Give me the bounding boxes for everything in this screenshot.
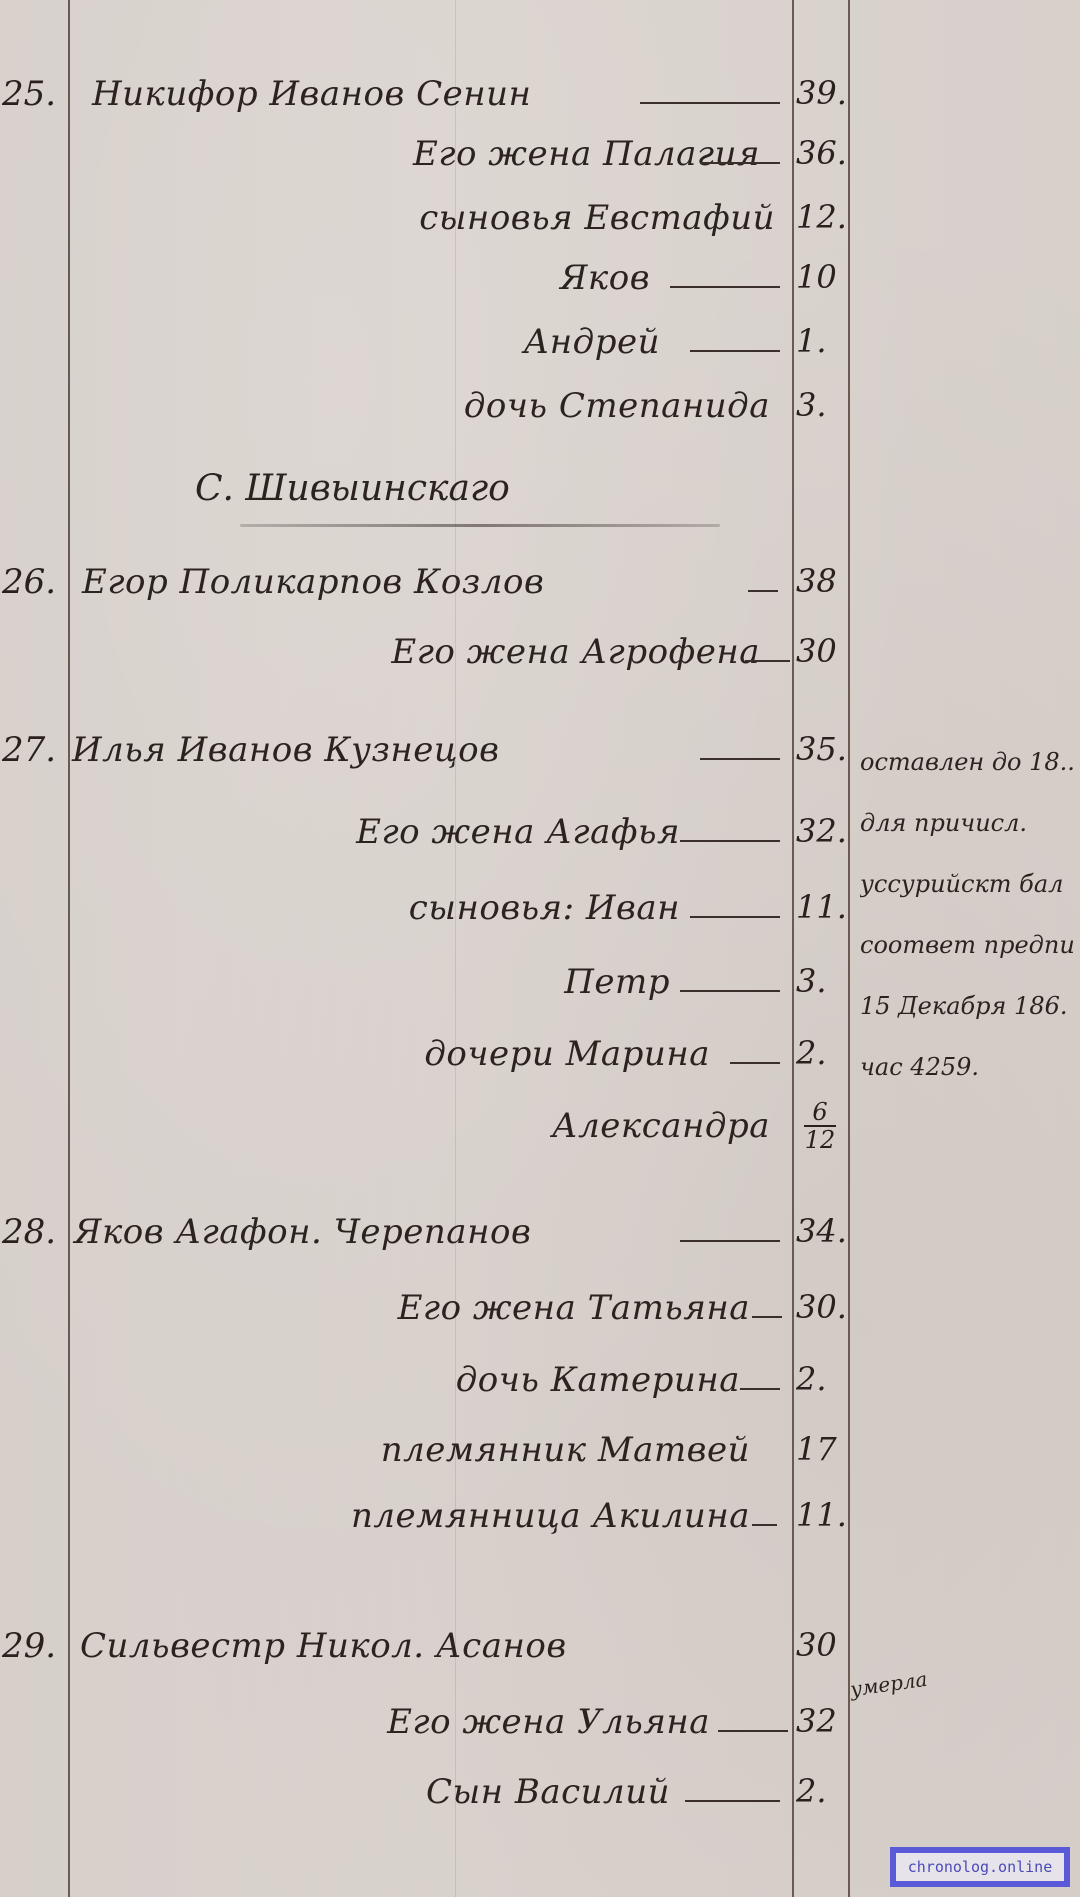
person-name: Яков bbox=[560, 258, 650, 298]
person-name: дочь Катерина bbox=[456, 1360, 740, 1400]
entry-25-head: 25. Никифор Иванов Сенин 39. bbox=[0, 68, 1080, 124]
entry-number: 26. bbox=[2, 562, 64, 602]
person-name: Александра bbox=[552, 1106, 770, 1146]
person-name: Егор Поликарпов Козлов bbox=[82, 562, 544, 602]
dash-line bbox=[745, 660, 790, 662]
person-age: 11. bbox=[796, 1496, 846, 1534]
person-age: 2. bbox=[796, 1034, 846, 1072]
person-name: дочери Марина bbox=[424, 1034, 710, 1074]
dash-line bbox=[700, 162, 780, 164]
person-name: Яков Агафон. Черепанов bbox=[74, 1212, 531, 1252]
person-name: Сын Василий bbox=[426, 1772, 670, 1812]
person-age: 10 bbox=[796, 258, 846, 296]
person-age: 11. bbox=[796, 888, 846, 926]
remark-entry-27: оставлен до 18.. для причисл. уссурийскт… bbox=[860, 732, 1080, 1098]
section-underline bbox=[240, 524, 720, 527]
person-age: 30 bbox=[796, 632, 846, 670]
person-age: 36. bbox=[796, 134, 846, 172]
person-age: 1. bbox=[796, 322, 846, 360]
watermark-badge: chronolog.online bbox=[890, 1847, 1070, 1887]
person-age: 38 bbox=[796, 562, 846, 600]
person-name: племянница Акилина bbox=[351, 1496, 750, 1536]
dash-line bbox=[680, 1240, 780, 1242]
member-row: Его жена Агрофена 30 bbox=[0, 626, 1080, 682]
person-age: 3. bbox=[796, 962, 846, 1000]
person-name: Илья Иванов Кузнецов bbox=[72, 730, 499, 770]
person-age: 32. bbox=[796, 812, 846, 850]
dash-line bbox=[685, 1800, 780, 1802]
member-row: Его жена Палагия 36. bbox=[0, 128, 1080, 184]
person-age: 2. bbox=[796, 1360, 846, 1398]
dash-line bbox=[730, 1062, 780, 1064]
entry-number: 27. bbox=[2, 730, 64, 770]
person-age: 2. bbox=[796, 1772, 846, 1810]
dash-line bbox=[700, 758, 780, 760]
dash-line bbox=[690, 350, 780, 352]
dash-line bbox=[752, 1316, 782, 1318]
member-row: Его жена Татьяна 30. bbox=[0, 1282, 1080, 1338]
dash-line bbox=[680, 990, 780, 992]
member-row: Яков 10 bbox=[0, 252, 1080, 308]
entry-number: 25. bbox=[2, 74, 64, 114]
watermark-text: chronolog.online bbox=[896, 1853, 1064, 1881]
person-name: Его жена Агрофена bbox=[391, 632, 760, 672]
person-age: 34. bbox=[796, 1212, 846, 1250]
person-age: 35. bbox=[796, 730, 846, 768]
person-name: Его жена Ульяна bbox=[387, 1702, 710, 1742]
person-name: Сильвестр Никол. Асанов bbox=[80, 1626, 567, 1666]
person-name: Андрей bbox=[524, 322, 660, 362]
person-name: Его жена Татьяна bbox=[398, 1288, 750, 1328]
member-row: Сын Василий 2. bbox=[0, 1766, 1080, 1822]
person-name: Петр bbox=[564, 962, 670, 1002]
entry-28-head: 28. Яков Агафон. Черепанов 34. bbox=[0, 1206, 1080, 1262]
member-row: Андрей 1. bbox=[0, 316, 1080, 372]
member-row: дочь Катерина 2. bbox=[0, 1354, 1080, 1410]
dash-line bbox=[680, 840, 780, 842]
person-name: сыновья: Иван bbox=[409, 888, 680, 928]
person-age: 39. bbox=[796, 74, 846, 112]
entry-number: 28. bbox=[2, 1212, 64, 1252]
person-age: 12. bbox=[796, 198, 846, 236]
dash-line bbox=[740, 1388, 780, 1390]
person-name: Никифор Иванов Сенин bbox=[92, 74, 531, 114]
person-name: Его жена Агафья bbox=[356, 812, 680, 852]
person-age: 17 bbox=[796, 1430, 846, 1468]
person-age: 32 bbox=[796, 1702, 846, 1740]
member-row: сыновья Евстафий 12. bbox=[0, 192, 1080, 248]
dash-line bbox=[690, 916, 780, 918]
member-row: Его жена Ульяна 32 bbox=[0, 1696, 1080, 1752]
dash-line bbox=[748, 590, 778, 592]
dash-line bbox=[640, 102, 780, 104]
dash-line bbox=[752, 1524, 777, 1526]
member-row: дочь Степанида 3. bbox=[0, 380, 1080, 436]
person-name: сыновья Евстафий bbox=[419, 198, 775, 238]
member-row: племянница Акилина 11. bbox=[0, 1490, 1080, 1546]
person-age: 30 bbox=[796, 1626, 846, 1664]
member-row: племянник Матвей 17 bbox=[0, 1424, 1080, 1480]
person-name: племянник Матвей bbox=[381, 1430, 750, 1470]
person-name: дочь Степанида bbox=[464, 386, 770, 426]
person-age-fraction: 6 12 bbox=[800, 1100, 840, 1152]
member-row: Александра 6 12 bbox=[0, 1100, 1080, 1156]
entry-number: 29. bbox=[2, 1626, 64, 1666]
dash-line bbox=[670, 286, 780, 288]
dash-line bbox=[718, 1730, 788, 1732]
entry-26-head: 26. Егор Поликарпов Козлов 38 bbox=[0, 556, 1080, 612]
person-name: Его жена Палагия bbox=[413, 134, 760, 174]
person-age: 30. bbox=[796, 1288, 846, 1326]
person-age: 3. bbox=[796, 386, 846, 424]
section-header: С. Шивыинскаго bbox=[195, 468, 510, 509]
